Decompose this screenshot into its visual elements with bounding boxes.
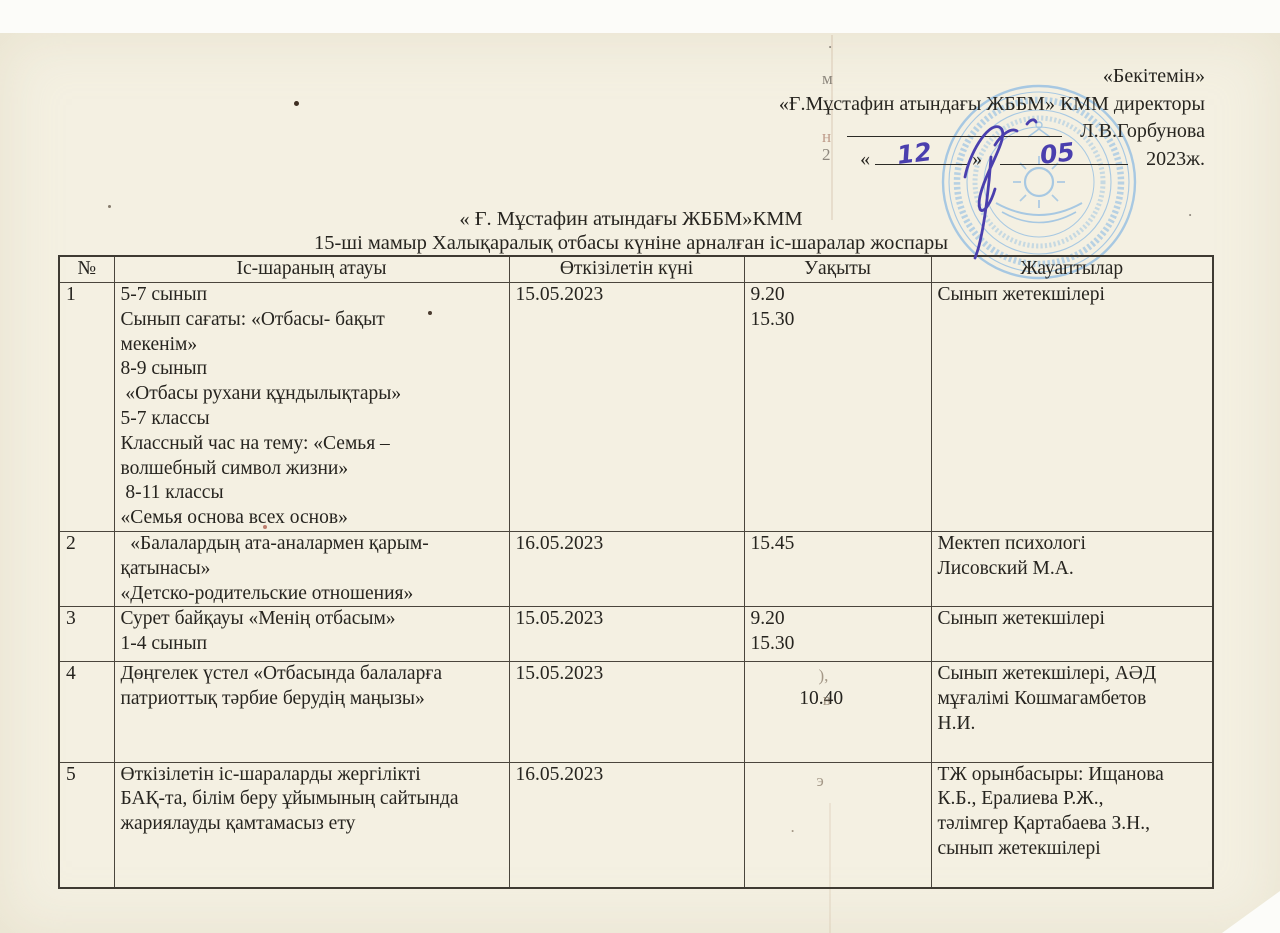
bleed-char-3: 2 <box>822 145 831 165</box>
table-row: 3 Сурет байқауы «Менің отбасым» 1-4 сыны… <box>59 607 1213 662</box>
date-open-quote: « <box>860 148 870 170</box>
date-cell: 15.05.2023 <box>509 283 744 532</box>
num-cell: 3 <box>59 607 114 662</box>
num-cell: 4 <box>59 662 114 762</box>
event-cell: Дөңгелек үстел «Отбасында балаларға патр… <box>114 662 509 762</box>
approval-block: «Бекітемін» «Ғ.Мұстафин атындағы ЖББМ» К… <box>620 63 1205 173</box>
col-header-date: Өткізілетін күні <box>509 256 744 283</box>
director-signature <box>935 115 1065 261</box>
table-row: 1 5-7 сынып Сынып сағаты: «Отбасы- бақыт… <box>59 283 1213 532</box>
bleed-marks: ), в <box>819 664 831 712</box>
responsible-cell: Сынып жетекшілері <box>931 607 1213 662</box>
approval-line-2: «Ғ.Мұстафин атындағы ЖББМ» КММ директоры <box>620 91 1205 119</box>
event-cell: «Балалардың ата-аналармен қарым- қатынас… <box>114 532 509 607</box>
document-title: « Ғ. Мұстафин атындағы ЖББМ»КММ 15-ші ма… <box>0 207 1262 255</box>
col-header-event: Іс-шараның атауы <box>114 256 509 283</box>
table-row: 4 Дөңгелек үстел «Отбасында балаларға па… <box>59 662 1213 762</box>
num-cell: 2 <box>59 532 114 607</box>
events-plan-table: № Іс-шараның атауы Өткізілетін күні Уақы… <box>58 255 1214 889</box>
responsible-cell: Сынып жетекшілері <box>931 283 1213 532</box>
date-cell: 15.05.2023 <box>509 607 744 662</box>
bleed-char-2: н <box>822 127 831 147</box>
approval-date-line: « 12 » 05 2023ж. <box>620 146 1205 174</box>
scan-speck <box>108 205 111 208</box>
time-cell: 15.45 <box>744 532 931 607</box>
bleed-mark: э <box>817 769 824 793</box>
scan-speck <box>428 311 432 315</box>
time-cell: э . <box>744 762 931 887</box>
num-cell: 1 <box>59 283 114 532</box>
scan-speck <box>294 101 299 106</box>
table-row: 2 «Балалардың ата-аналармен қарым- қатын… <box>59 532 1213 607</box>
title-line-1: « Ғ. Мұстафин атындағы ЖББМ»КММ <box>0 207 1262 231</box>
time-cell: 9.20 15.30 <box>744 283 931 532</box>
time-cell: 10.40 ), в <box>744 662 931 762</box>
director-name: Л.В.Горбунова <box>1080 120 1205 142</box>
num-cell: 5 <box>59 762 114 887</box>
bleed-mark: . <box>791 815 795 839</box>
table-row: 5 Өткізілетін іс-шараларды жергілікті БА… <box>59 762 1213 887</box>
bleed-char-1: м <box>822 69 833 89</box>
title-line-2: 15-ші мамыр Халықаралық отбасы күніне ар… <box>0 231 1262 255</box>
date-cell: 15.05.2023 <box>509 662 744 762</box>
date-cell: 16.05.2023 <box>509 762 744 887</box>
col-header-num: № <box>59 256 114 283</box>
bleed-dot: . <box>828 33 832 53</box>
event-cell: Сурет байқауы «Менің отбасым» 1-4 сынып <box>114 607 509 662</box>
date-year: 2023ж. <box>1146 148 1205 170</box>
date-cell: 16.05.2023 <box>509 532 744 607</box>
event-cell: 5-7 сынып Сынып сағаты: «Отбасы- бақыт м… <box>114 283 509 532</box>
responsible-cell: Сынып жетекшілері, АӘД мұғалімі Кошмагам… <box>931 662 1213 762</box>
responsible-cell: ТЖ орынбасыры: Ищанова К.Б., Ералиева Р.… <box>931 762 1213 887</box>
event-cell: Өткізілетін іс-шараларды жергілікті БАҚ-… <box>114 762 509 887</box>
time-cell: 9.20 15.30 <box>744 607 931 662</box>
scan-speck <box>263 525 267 529</box>
scan-corner-cut <box>1222 891 1280 933</box>
approval-line-1: «Бекітемін» <box>620 63 1205 91</box>
handwritten-day: 12 <box>896 138 934 170</box>
scanned-paper: «Бекітемін» «Ғ.Мұстафин атындағы ЖББМ» К… <box>0 33 1280 933</box>
responsible-cell: Мектеп психологі Лисовский М.А. <box>931 532 1213 607</box>
col-header-time: Уақыты <box>744 256 931 283</box>
